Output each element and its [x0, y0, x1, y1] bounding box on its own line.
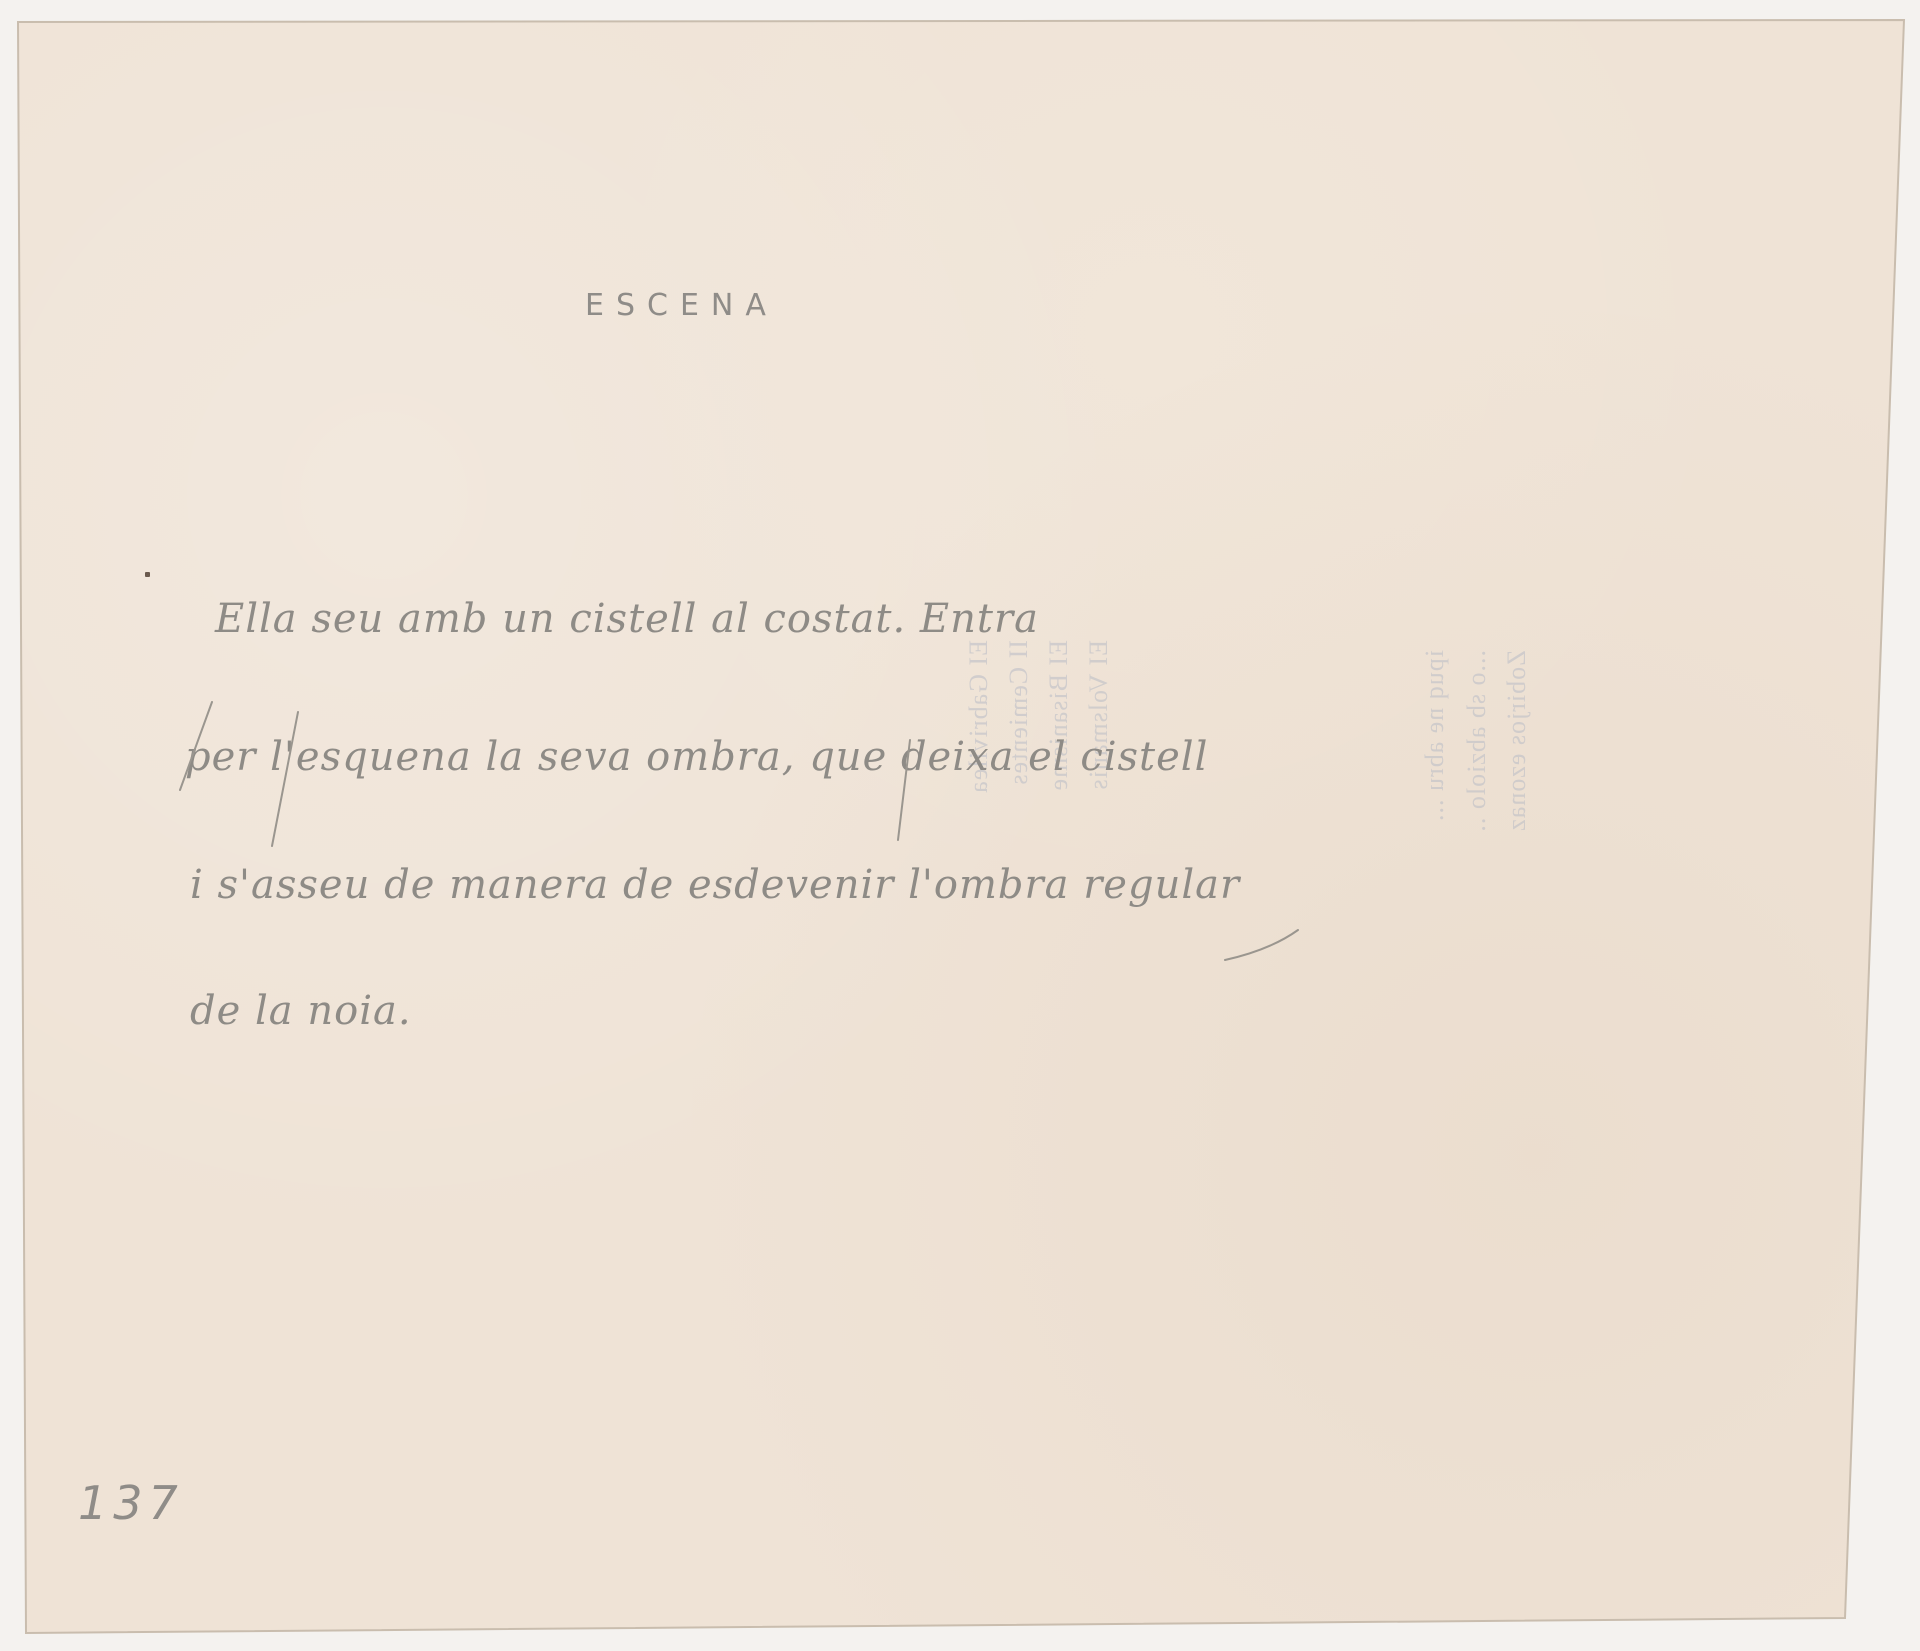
bleed-through-column: ...o sb abziolo .. — [1462, 650, 1492, 833]
bleed-through-column: Zobirjos ezonaz — [1502, 650, 1532, 832]
paper-sheet — [0, 0, 1920, 1651]
folio-number: 137 — [78, 1476, 184, 1530]
handwritten-line: de la noia. — [190, 988, 412, 1034]
margin-dot — [145, 572, 150, 577]
handwritten-line: Ella seu amb un cistell al costat. Entra — [215, 596, 1039, 642]
handwritten-line: per l'esquena la seva ombra, que deixa e… — [185, 734, 1208, 780]
handwritten-line: i s'asseu de manera de esdevenir l'ombra… — [190, 862, 1240, 908]
scene-heading: ESCENA — [585, 288, 778, 323]
bleed-through-column: ipuq ne abru ... — [1420, 650, 1450, 822]
paper-texture — [0, 0, 1920, 1651]
